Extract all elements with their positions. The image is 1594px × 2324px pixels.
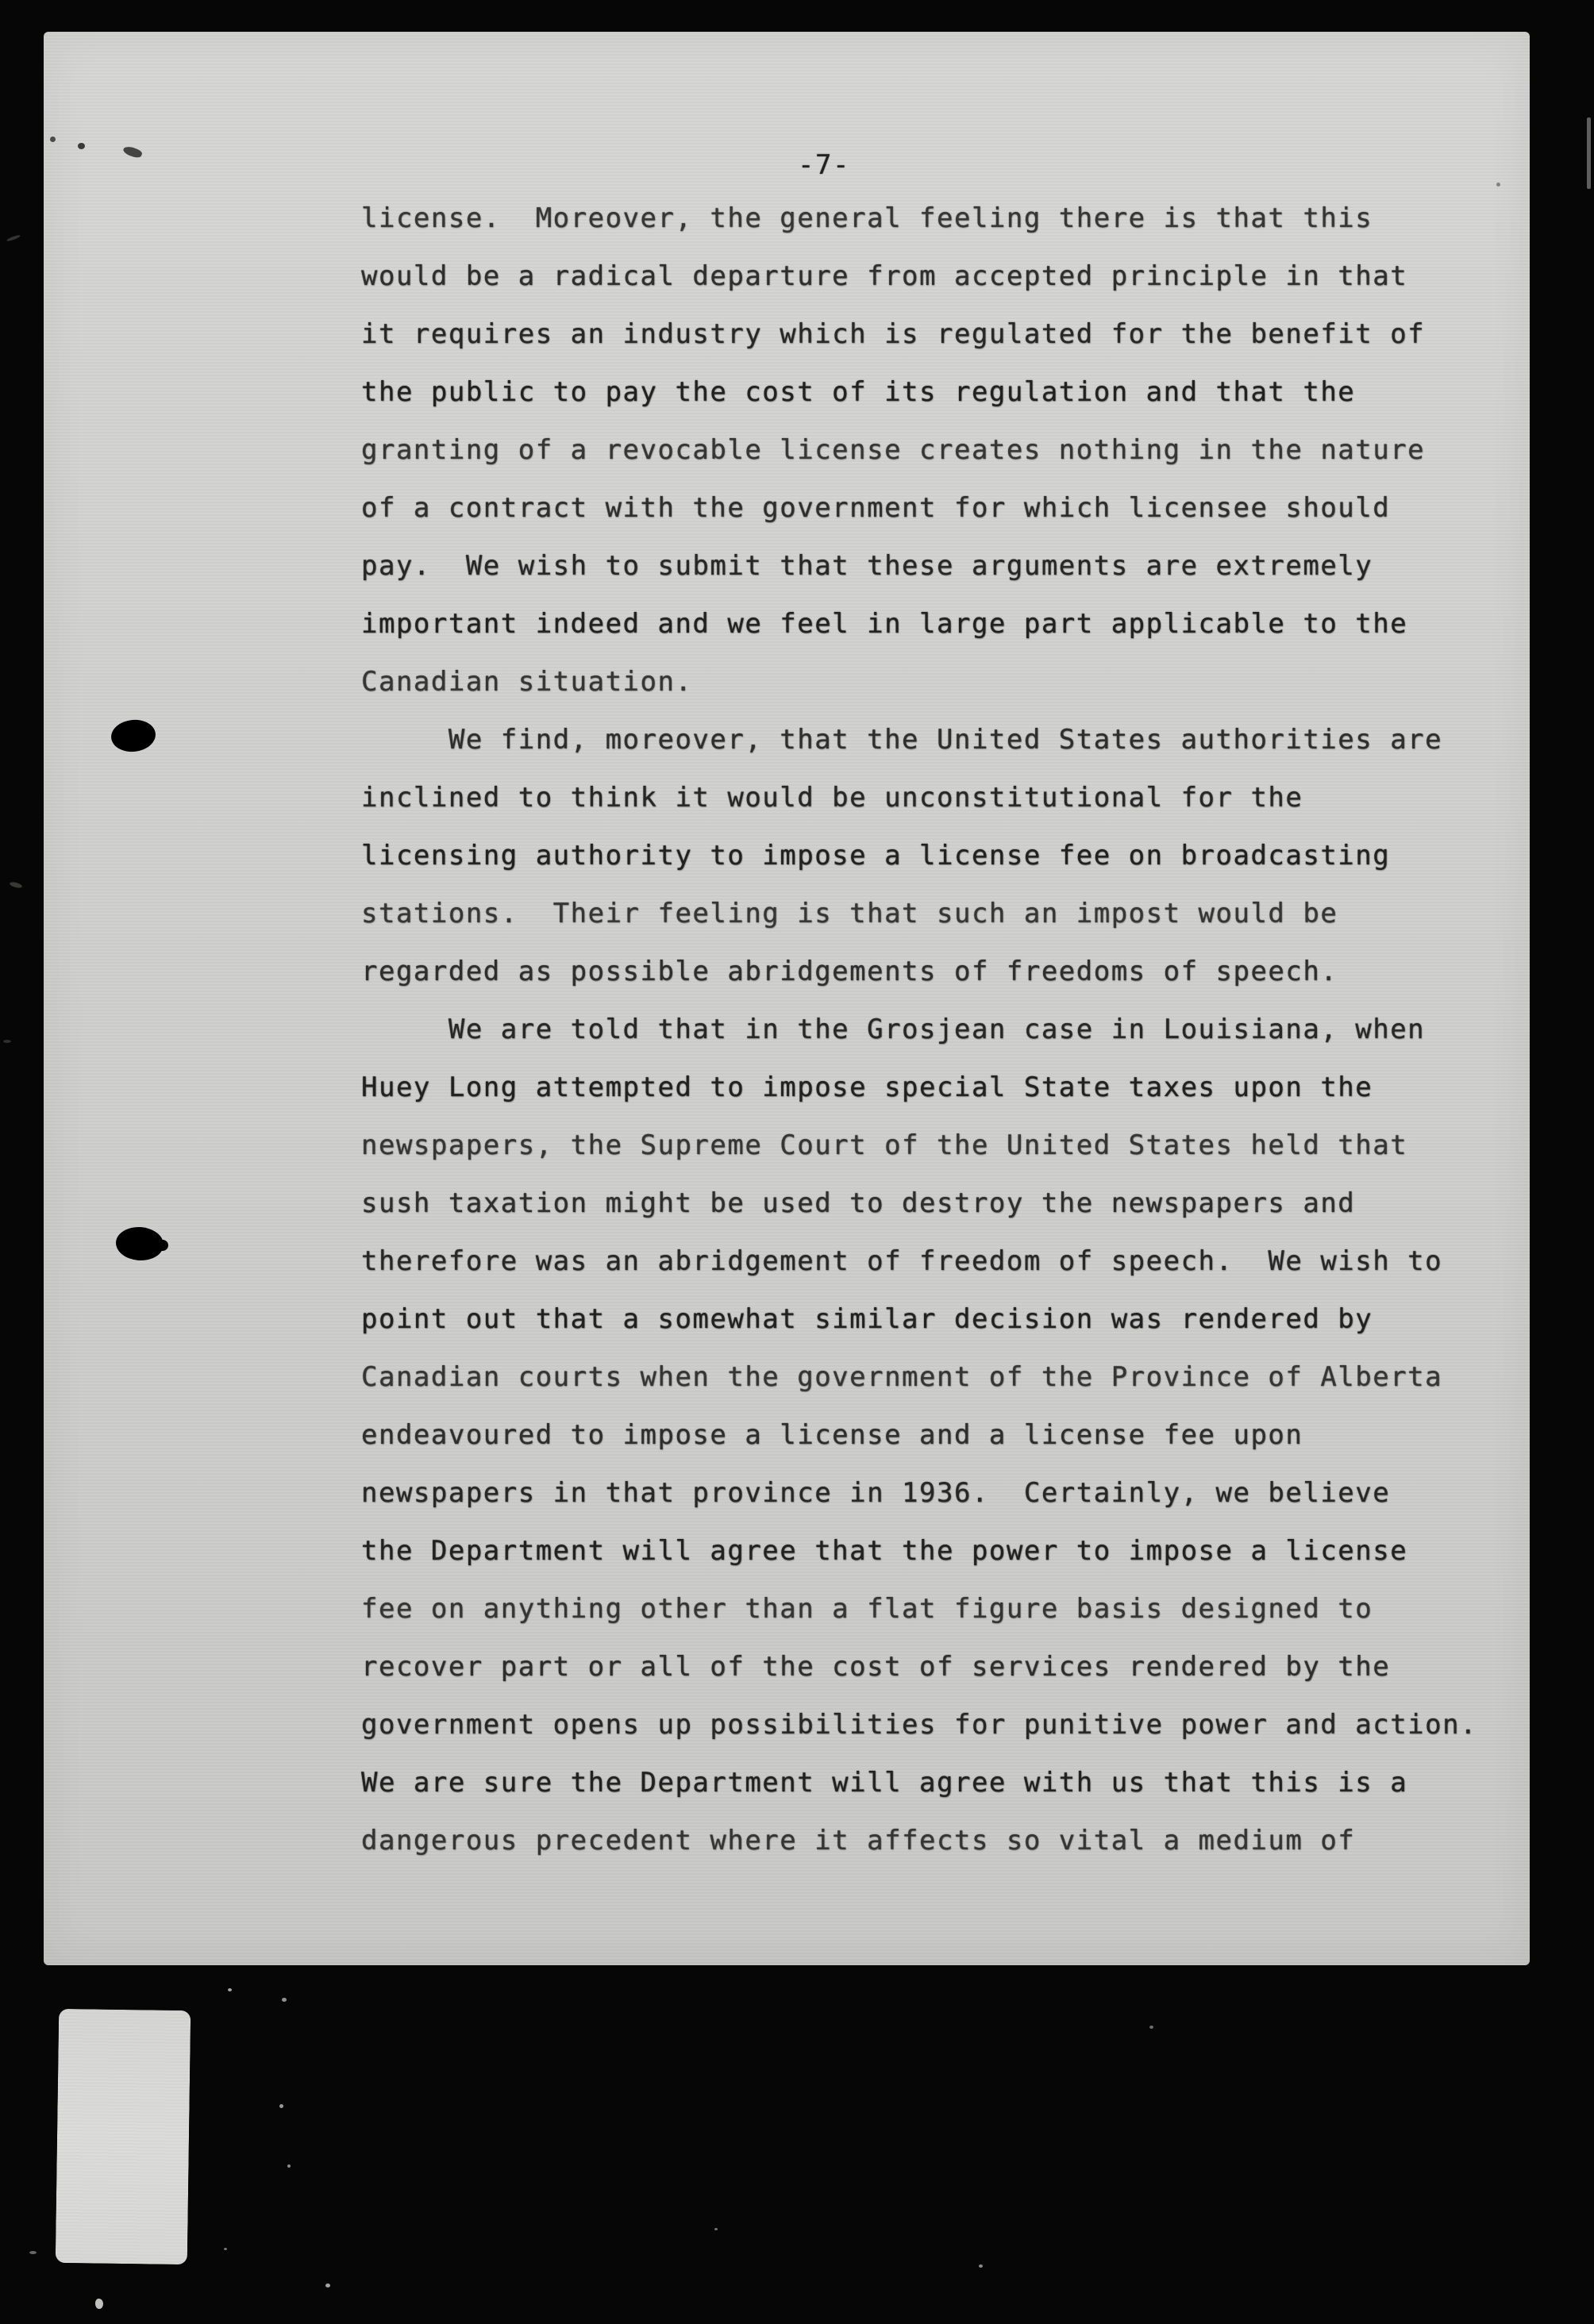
typed-line: dangerous precedent where it affects so … <box>361 1812 1496 1870</box>
typed-line: regarded as possible abridgements of fre… <box>361 943 1496 1001</box>
scan-speck <box>287 2164 291 2168</box>
scan-speck <box>325 2284 330 2287</box>
typed-line: it requires an industry which is regulat… <box>361 306 1496 364</box>
typed-line: Huey Long attempted to impose special St… <box>361 1059 1496 1117</box>
typed-line: would be a radical departure from accept… <box>361 248 1496 306</box>
scan-speck <box>224 2248 227 2250</box>
scan-speck <box>979 2264 983 2268</box>
scan-speck <box>279 2104 283 2108</box>
scan-artifact <box>9 881 22 889</box>
typed-text-block: license. Moreover, the general feeling t… <box>361 190 1496 1870</box>
page-number: -7- <box>798 149 850 181</box>
typed-line: licensing authority to impose a license … <box>361 827 1496 885</box>
typed-line: fee on anything other than a flat figure… <box>361 1580 1496 1638</box>
typed-line: pay. We wish to submit that these argume… <box>361 537 1496 595</box>
typed-line: sush taxation might be used to destroy t… <box>361 1175 1496 1233</box>
scan-background: { "doc": { "page_number": "-7-", "lines"… <box>0 0 1594 2324</box>
typed-line: of a contract with the government for wh… <box>361 479 1496 537</box>
typed-line: endeavoured to impose a license and a li… <box>361 1406 1496 1464</box>
typed-line: important indeed and we feel in large pa… <box>361 595 1496 653</box>
typed-line: license. Moreover, the general feeling t… <box>361 190 1496 248</box>
typed-line: the Department will agree that the power… <box>361 1522 1496 1580</box>
typed-line: recover part or all of the cost of servi… <box>361 1638 1496 1696</box>
typed-line: We find, moreover, that the United State… <box>361 711 1496 769</box>
typed-line: the public to pay the cost of its regula… <box>361 364 1496 421</box>
typed-line: government opens up possibilities for pu… <box>361 1696 1496 1754</box>
scan-speck <box>1149 2026 1153 2029</box>
scan-speck <box>95 2299 103 2309</box>
typed-line: granting of a revocable license creates … <box>361 421 1496 479</box>
typed-line: We are sure the Department will agree wi… <box>361 1754 1496 1812</box>
scan-speck <box>282 1998 287 2002</box>
typed-line: stations. Their feeling is that such an … <box>361 885 1496 943</box>
typed-line: newspapers in that province in 1936. Cer… <box>361 1464 1496 1522</box>
label-sticker <box>56 2009 191 2264</box>
scan-speck <box>714 2228 718 2230</box>
typed-line: newspapers, the Supreme Court of the Uni… <box>361 1117 1496 1175</box>
typed-line: therefore was an abridgement of freedom … <box>361 1233 1496 1291</box>
pencil-mark <box>78 143 85 149</box>
typed-line: point out that a somewhat similar decisi… <box>361 1291 1496 1349</box>
typed-line: Canadian courts when the government of t… <box>361 1349 1496 1406</box>
scan-speck <box>29 2251 37 2254</box>
document-page: -7- license. Moreover, the general feeli… <box>44 32 1530 1965</box>
scan-artifact <box>3 1040 11 1043</box>
typed-line: We are told that in the Grosjean case in… <box>361 1001 1496 1059</box>
scan-speck <box>228 1988 232 1991</box>
pencil-mark <box>122 144 143 160</box>
pencil-mark <box>50 137 56 142</box>
typed-line: inclined to think it would be unconstitu… <box>361 769 1496 827</box>
ink-speck <box>1496 183 1500 187</box>
scan-artifact <box>1587 117 1591 189</box>
typed-line: Canadian situation. <box>361 653 1496 711</box>
scan-artifact <box>6 234 21 242</box>
